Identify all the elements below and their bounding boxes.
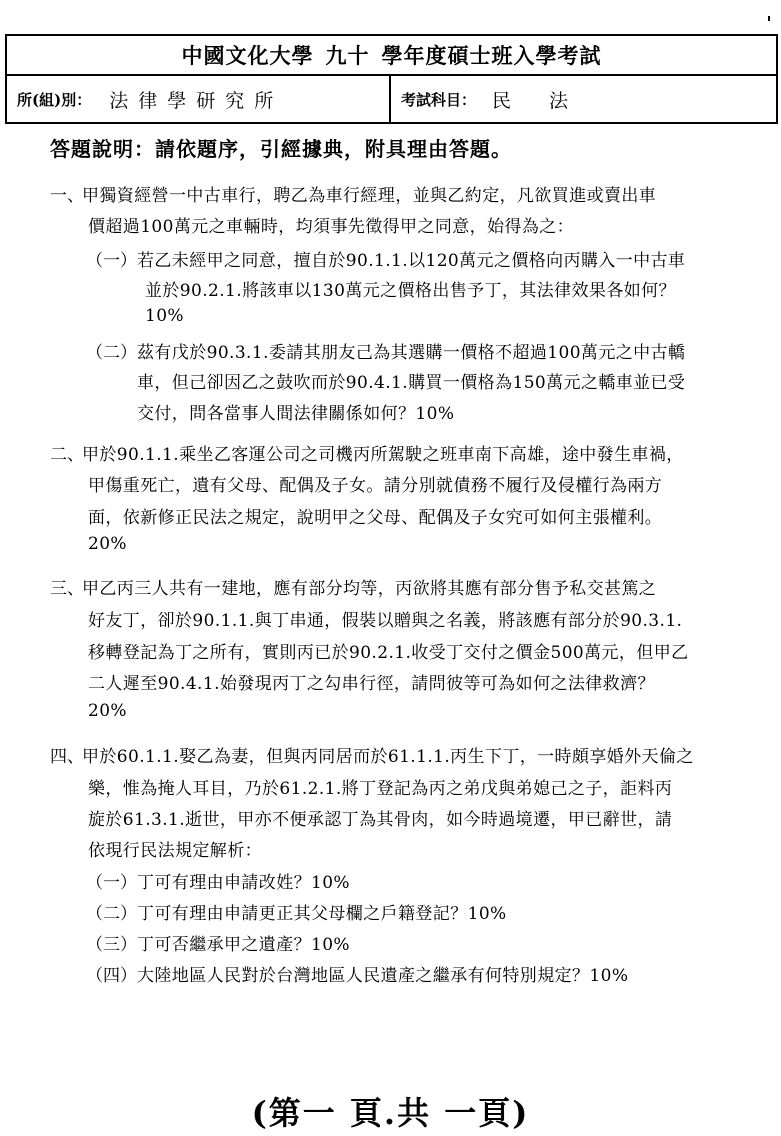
question-text-line: 甲獨資經營一中古車行，聘乙為車行經理，並與乙約定，凡欲買進或賣出車 [82, 181, 656, 206]
sub-question-text-line: 茲有戊於90.3.1.委請其朋友己為其選購一價格不超過100萬元之中古轎 [137, 338, 685, 363]
question-number: 一、 [50, 181, 84, 206]
question-number: 三、 [50, 574, 84, 599]
score-weight: 20% [88, 701, 127, 721]
sub-question-text-line: 丁可有理由申請更正其父母欄之戶籍登記？10% [137, 899, 507, 924]
department-cell: 所(組)別： 法律學研究所 [7, 76, 391, 122]
answer-instructions: 答題說明：請依題序，引經據典，附具理由答題。 [50, 133, 512, 162]
score-weight: 10% [145, 306, 184, 326]
sub-question-text-line: 丁可有理由申請改姓？10% [137, 868, 350, 893]
question-text-line: 樂，惟為掩人耳目，乃於61.2.1.將丁登記為丙之弟戊與弟媳己之子，詎料丙 [88, 774, 672, 799]
question-text-line: 甲於60.1.1.娶乙為妻，但與丙同居而於61.1.1.丙生下丁，一時頗享婚外天… [82, 742, 694, 767]
sub-question-number: （三） [86, 930, 137, 955]
sub-question-text-line: 交付，問各當事人間法律關係如何？10% [137, 399, 454, 424]
question-number: 二、 [50, 440, 84, 465]
question-text-line: 面，依新修正民法之規定，說明甲之父母、配偶及子女究可如何主張權利。 [88, 503, 662, 528]
question-text-line: 旋於61.3.1.逝世，甲亦不便承認丁為其骨肉，如今時過境遷，甲已辭世，請 [88, 805, 672, 830]
exam-header-table: 中國文化大學 九十 學年度碩士班入學考試 所(組)別： 法律學研究所 考試科目：… [5, 34, 778, 124]
department-value: 法律學研究所 [109, 86, 283, 113]
exam-title-row: 中國文化大學 九十 學年度碩士班入學考試 [7, 36, 776, 76]
subject-value: 民法 [492, 86, 606, 113]
department-label: 所(組)別： [17, 89, 91, 110]
sub-question-text-line: 大陸地區人民對於台灣地區人民遺產之繼承有何特別規定？10% [137, 961, 628, 986]
question-text-line: 依現行民法規定解析： [88, 836, 262, 861]
sub-question-number: （二） [86, 338, 137, 363]
question-text-line: 移轉登記為丁之所有，實則丙已於90.2.1.收受丁交付之價金500萬元，但甲乙 [88, 638, 689, 663]
academic-year: 九十 [326, 40, 370, 70]
sub-question-text-line: 車，但己卻因乙之鼓吹而於90.4.1.購買一價格為150萬元之轎車並已受 [137, 368, 685, 393]
sub-question-text-line: 並於90.2.1.將該車以130萬元之價格出售予丁，其法律效果各如何？ [145, 276, 676, 301]
question-text-line: 甲乙丙三人共有一建地，應有部分均等，丙欲將其應有部分售予私交甚篤之 [82, 574, 656, 599]
scan-artifact [768, 16, 770, 21]
question-number: 四、 [50, 742, 84, 767]
page-number-footer: (第一 頁.共 一頁) [0, 1088, 781, 1134]
sub-question-number: （四） [86, 961, 137, 986]
question-text-line: 甲傷重死亡，遺有父母、配偶及子女。請分別就債務不履行及侵權行為兩方 [88, 471, 662, 496]
question-text-line: 價超過100萬元之車輛時，均須事先徵得甲之同意，始得為之： [88, 212, 574, 237]
exam-title: 學年度碩士班入學考試 [382, 40, 602, 70]
exam-info-row: 所(組)別： 法律學研究所 考試科目： 民法 [7, 76, 776, 122]
subject-cell: 考試科目： 民法 [391, 76, 776, 122]
sub-question-text-line: 若乙未經甲之同意，擅自於90.1.1.以120萬元之價格向丙購入一中古車 [137, 246, 685, 271]
sub-question-number: （二） [86, 899, 137, 924]
subject-label: 考試科目： [401, 89, 476, 110]
question-text-line: 二人遲至90.4.1.始發現丙丁之勾串行徑，請問彼等可為如何之法律救濟？ [88, 669, 655, 694]
question-text-line: 甲於90.1.1.乘坐乙客運公司之司機丙所駕駛之班車南下高雄，途中發生車禍， [82, 440, 684, 465]
sub-question-number: （一） [86, 868, 137, 893]
sub-question-text-line: 丁可否繼承甲之遺產？10% [137, 930, 350, 955]
score-weight: 20% [88, 534, 127, 554]
question-text-line: 好友丁，卻於90.1.1.與丁串通，假裝以贈與之名義，將該應有部分於90.3.1… [88, 606, 682, 631]
sub-question-number: （一） [86, 246, 137, 271]
school-name: 中國文化大學 [182, 40, 314, 70]
